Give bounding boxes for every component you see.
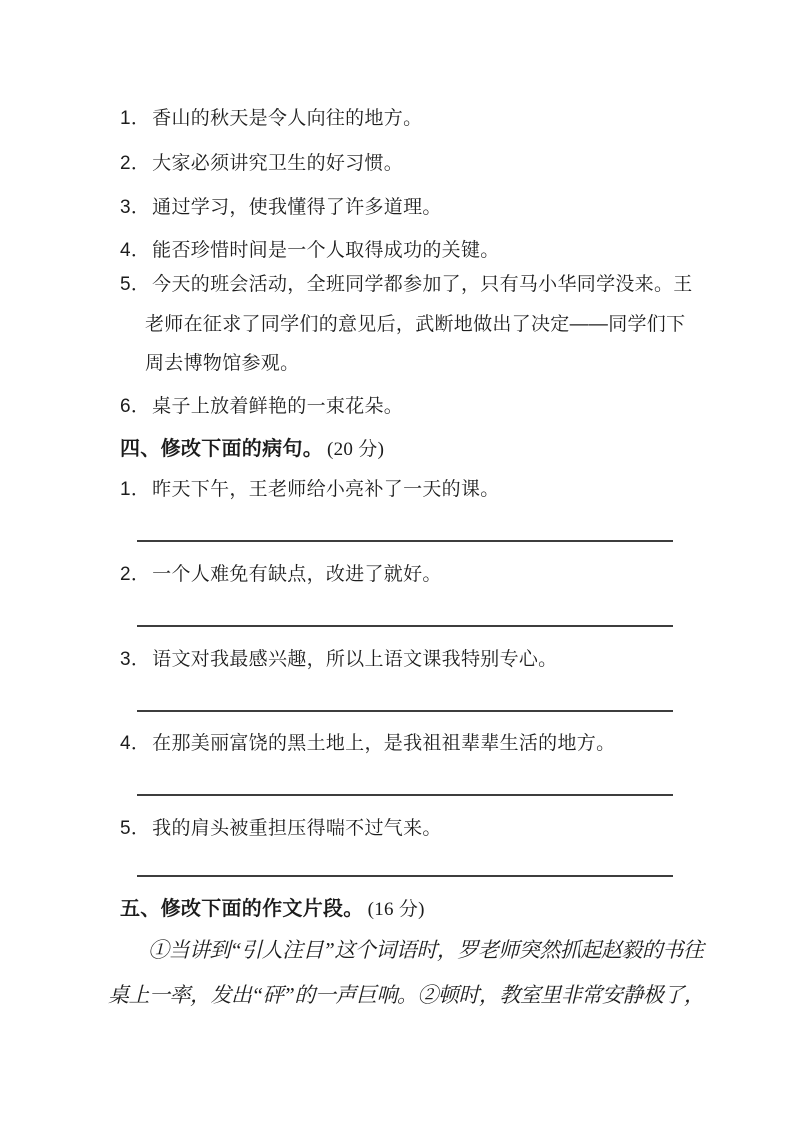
item-text: 香山的秋天是令人向往的地方。 bbox=[152, 108, 422, 129]
question-text: 语文对我最感兴趣，所以上语文课我特别专心。 bbox=[152, 649, 557, 670]
item-number: 5． bbox=[120, 818, 150, 839]
question-item: 2．一个人难免有缺点，改进了就好。 bbox=[120, 562, 442, 587]
sentence-item: 6．桌子上放着鲜艳的一束花朵。 bbox=[120, 394, 403, 419]
answer-blank-line bbox=[137, 625, 673, 627]
sentence-item: 3．通过学习，使我懂得了许多道理。 bbox=[120, 195, 442, 220]
sentence-item: 5．今天的班会活动，全班同学都参加了，只有马小华同学没来。王 bbox=[120, 272, 693, 297]
worksheet-page: 1．香山的秋天是令人向往的地方。 2．大家必须讲究卫生的好习惯。 3．通过学习，… bbox=[0, 0, 793, 1122]
question-text: 我的肩头被重担压得喘不过气来。 bbox=[152, 818, 442, 839]
item-text: 今天的班会活动，全班同学都参加了，只有马小华同学没来。王 bbox=[152, 274, 692, 295]
item-number: 4． bbox=[120, 240, 150, 261]
item-text: 通过学习，使我懂得了许多道理。 bbox=[152, 197, 442, 218]
sentence-item: 1．香山的秋天是令人向往的地方。 bbox=[120, 106, 422, 131]
essay-line: ①当讲到“引人注目”这个词语时，罗老师突然抓起赵毅的书往 bbox=[148, 936, 703, 964]
section4-heading: 四、修改下面的病句。(20 分) bbox=[120, 437, 384, 462]
item-text: 能否珍惜时间是一个人取得成功的关键。 bbox=[152, 240, 499, 261]
essay-line: 桌上一率，发出“砰”的一声巨响。②顿时，教室里非常安静极了， bbox=[108, 981, 704, 1009]
item-number: 1． bbox=[120, 479, 150, 500]
sentence-item: 2．大家必须讲究卫生的好习惯。 bbox=[120, 151, 403, 176]
sentence-item-continuation: 周去博物馆参观。 bbox=[145, 351, 299, 376]
sentence-item: 4．能否珍惜时间是一个人取得成功的关键。 bbox=[120, 238, 500, 263]
essay-text: 桌上一率，发出“砰”的一声巨响。②顿时，教室里非常安静极了， bbox=[108, 983, 704, 1007]
item-number: 6． bbox=[120, 396, 150, 417]
question-text: 昨天下午，王老师给小亮补了一天的课。 bbox=[152, 479, 499, 500]
section5-heading: 五、修改下面的作文片段。(16 分) bbox=[120, 897, 425, 922]
item-text: 桌子上放着鲜艳的一束花朵。 bbox=[152, 396, 403, 417]
section-score: (20 分) bbox=[327, 439, 384, 460]
item-number: 3． bbox=[120, 649, 150, 670]
item-number: 5． bbox=[120, 274, 150, 295]
section-heading-text: 五、修改下面的作文片段。 bbox=[120, 898, 364, 920]
question-item: 4．在那美丽富饶的黑土地上，是我祖祖辈辈生活的地方。 bbox=[120, 731, 615, 756]
essay-text: ①当讲到“引人注目”这个词语时，罗老师突然抓起赵毅的书往 bbox=[148, 938, 703, 962]
item-number: 3． bbox=[120, 197, 150, 218]
question-item: 1．昨天下午，王老师给小亮补了一天的课。 bbox=[120, 477, 500, 502]
item-text: 老师在征求了同学们的意见后，武断地做出了决定——同学们下 bbox=[145, 314, 685, 335]
question-item: 3．语文对我最感兴趣，所以上语文课我特别专心。 bbox=[120, 647, 557, 672]
item-number: 1． bbox=[120, 108, 150, 129]
answer-blank-line bbox=[137, 540, 673, 542]
section-heading-text: 四、修改下面的病句。 bbox=[120, 438, 323, 460]
sentence-item-continuation: 老师在征求了同学们的意见后，武断地做出了决定——同学们下 bbox=[145, 312, 685, 337]
item-text: 大家必须讲究卫生的好习惯。 bbox=[152, 153, 403, 174]
answer-blank-line bbox=[137, 794, 673, 796]
item-number: 2． bbox=[120, 153, 150, 174]
answer-blank-line bbox=[137, 710, 673, 712]
section-score: (16 分) bbox=[368, 899, 425, 920]
question-item: 5．我的肩头被重担压得喘不过气来。 bbox=[120, 816, 442, 841]
item-text: 周去博物馆参观。 bbox=[145, 353, 299, 374]
question-text: 在那美丽富饶的黑土地上，是我祖祖辈辈生活的地方。 bbox=[152, 733, 615, 754]
item-number: 2． bbox=[120, 564, 150, 585]
answer-blank-line bbox=[137, 875, 673, 877]
question-text: 一个人难免有缺点，改进了就好。 bbox=[152, 564, 442, 585]
item-number: 4． bbox=[120, 733, 150, 754]
